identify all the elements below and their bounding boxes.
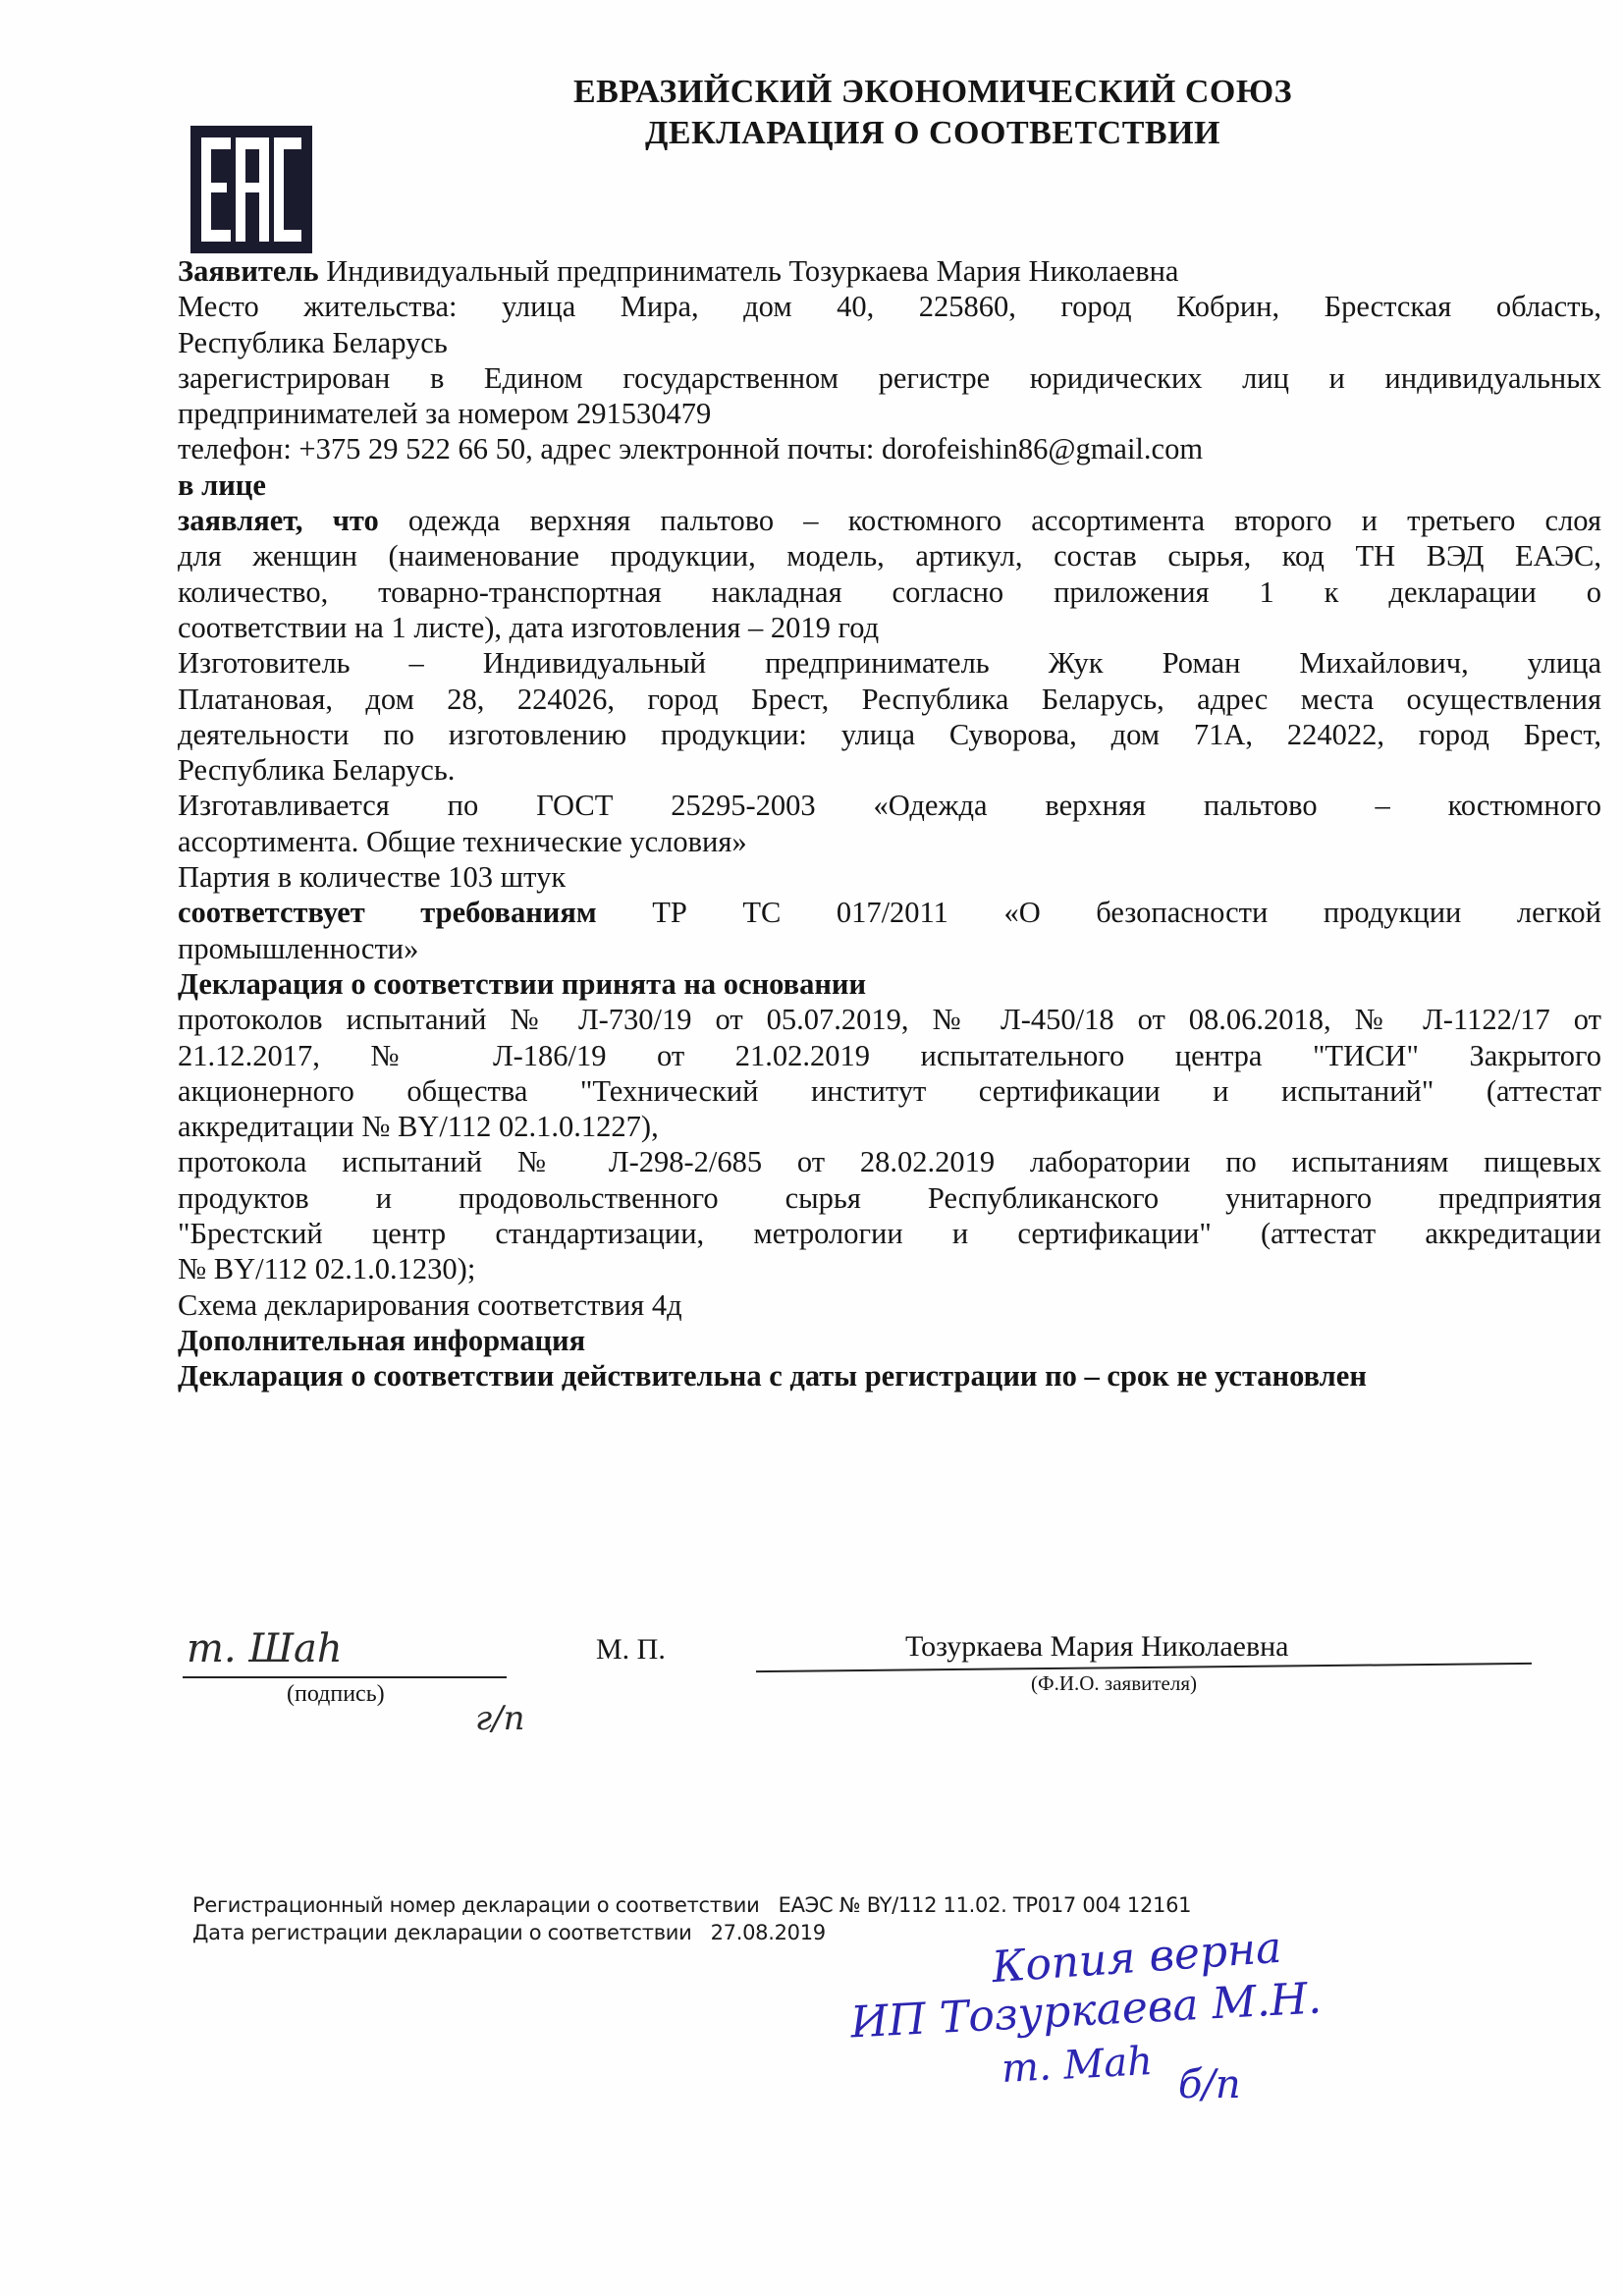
signature-line xyxy=(183,1676,507,1678)
applicant-signature: т. Шаh xyxy=(187,1626,343,1671)
manufacturer-line-4: Республика Беларусь. xyxy=(178,752,1601,788)
basis-line-1: протоколов испытаний № Л-730/19 от 05.07… xyxy=(178,1002,1601,1037)
in-person-label: в лице xyxy=(178,467,1601,503)
registration-date-line: Дата регистрации декларации о соответств… xyxy=(192,1920,826,1945)
registry-line-2: предпринимателей за номером 291530479 xyxy=(178,396,1601,431)
manufacturer-line-2: Платановая, дом 28, 224026, город Брест,… xyxy=(178,682,1601,717)
union-title: ЕВРАЗИЙСКИЙ ЭКОНОМИЧЕСКИЙ СОЮЗ xyxy=(550,71,1316,114)
product-line-1: заявляет, что одежда верхняя пальтово – … xyxy=(178,503,1601,538)
applicant-full-name: Тозуркаева Мария Николаевна xyxy=(905,1630,1288,1664)
scheme-line: Схема декларирования соответствия 4д xyxy=(178,1287,1601,1323)
standard-line-2: ассортимента. Общие технические условия» xyxy=(178,824,1601,859)
basis-line-2: 21.12.2017, № Л-186/19 от 21.02.2019 исп… xyxy=(178,1038,1601,1073)
eac-logo-icon xyxy=(190,126,312,253)
product-line-4: соответствии на 1 листе), дата изготовле… xyxy=(178,610,1601,645)
complies-line-1: соответствует требованиям ТР ТС 017/2011… xyxy=(178,895,1601,930)
basis-line-6: продуктов и продовольственного сырья Рес… xyxy=(178,1180,1601,1216)
certified-copy-line-4: б/п xyxy=(1178,2062,1241,2107)
registration-number-value: ЕАЭС № BY/112 11.02. ТР017 004 12161 xyxy=(779,1893,1192,1917)
basis-line-3: акционерного общества "Технический инсти… xyxy=(178,1073,1601,1109)
product-line-2: для женщин (наименование продукции, моде… xyxy=(178,538,1601,574)
manufacturer-line-1: Изготовитель – Индивидуальный предприним… xyxy=(178,645,1601,681)
batch-line: Партия в количестве 103 штук xyxy=(178,859,1601,895)
basis-line-5: протокола испытаний № Л-298-2/685 от 28.… xyxy=(178,1144,1601,1179)
stamp-place: М. П. xyxy=(596,1633,666,1667)
certified-copy-line-3: т. Маh xyxy=(1001,2039,1154,2092)
complies-label: соответствует требованиям xyxy=(178,896,597,929)
declaration-page: ЕВРАЗИЙСКИЙ ЭКОНОМИЧЕСКИЙ СОЮЗ ДЕКЛАРАЦИ… xyxy=(0,0,1623,2296)
name-caption: (Ф.И.О. заявителя) xyxy=(1031,1671,1197,1696)
standard-line-1: Изготавливается по ГОСТ 25295-2003 «Одеж… xyxy=(178,788,1601,823)
applicant-section: Заявитель Индивидуальный предприниматель… xyxy=(178,253,1601,1394)
applicant-label: Заявитель xyxy=(178,254,319,288)
complies-line-2: промышленности» xyxy=(178,931,1601,966)
signature-caption: (подпись) xyxy=(287,1681,385,1708)
validity-line: Декларация о соответствии действительна … xyxy=(178,1358,1601,1394)
applicant-name: Индивидуальный предприниматель Тозуркаев… xyxy=(326,254,1178,288)
applicant-line: Заявитель Индивидуальный предприниматель… xyxy=(178,253,1601,289)
registration-number-label: Регистрационный номер декларации о соотв… xyxy=(192,1893,760,1917)
residence-line-2: Республика Беларусь xyxy=(178,325,1601,360)
registration-date-label: Дата регистрации декларации о соответств… xyxy=(192,1921,691,1944)
registry-line-1: зарегистрирован в Едином государственном… xyxy=(178,360,1601,396)
basis-heading: Декларация о соответствии принята на осн… xyxy=(178,966,1601,1002)
registration-number-line: Регистрационный номер декларации о соотв… xyxy=(192,1892,1191,1918)
document-title: ДЕКЛАРАЦИЯ О СООТВЕТСТВИИ xyxy=(550,112,1316,155)
signature-note: г/п xyxy=(475,1699,525,1738)
registration-date-value: 27.08.2019 xyxy=(711,1921,826,1944)
declares-label: заявляет, что xyxy=(178,504,379,537)
basis-line-8: № BY/112 02.1.0.1230); xyxy=(178,1251,1601,1286)
basis-line-4: аккредитации № BY/112 02.1.0.1227), xyxy=(178,1109,1601,1144)
product-line-3: количество, товарно-транспортная накладн… xyxy=(178,574,1601,610)
contacts-line: телефон: +375 29 522 66 50, адрес электр… xyxy=(178,431,1601,466)
additional-heading: Дополнительная информация xyxy=(178,1323,1601,1358)
manufacturer-line-3: деятельности по изготовлению продукции: … xyxy=(178,717,1601,752)
basis-line-7: "Брестский центр стандартизации, метроло… xyxy=(178,1216,1601,1251)
residence-line-1: Место жительства: улица Мира, дом 40, 22… xyxy=(178,289,1601,324)
